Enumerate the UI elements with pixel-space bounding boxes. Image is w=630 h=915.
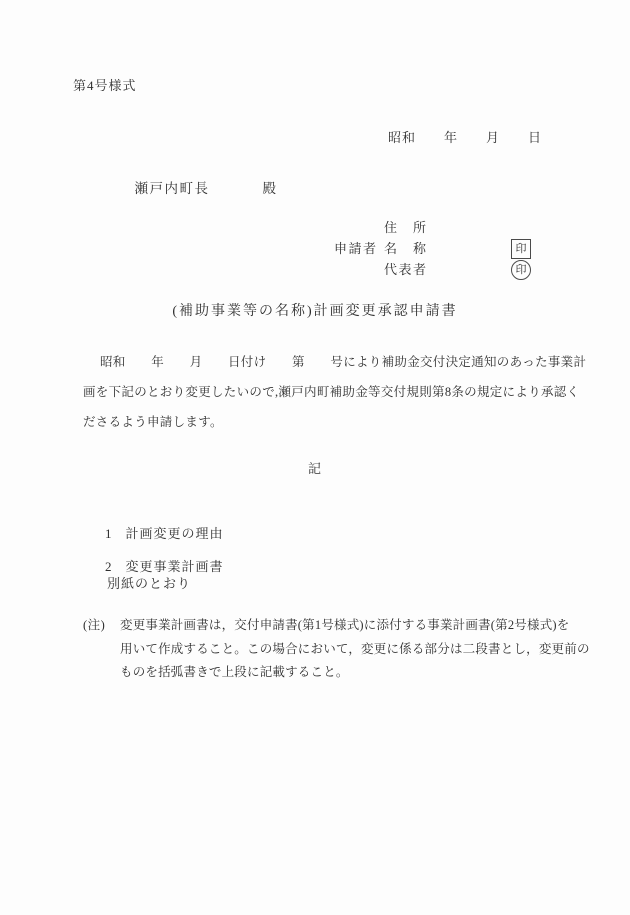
applicant-representative-label: 代表者: [384, 262, 428, 278]
note-line: ものを括弧書きで上段に記載すること。: [120, 665, 349, 680]
addressee-line: 瀬戸内町長殿: [115, 165, 278, 214]
item-text: 変更事業計画書: [126, 559, 224, 574]
note-line: 用いて作成すること。この場合において，変更に係る部分は二段書とし，変更前の: [120, 642, 590, 657]
item-text: 計画変更の理由: [126, 526, 224, 541]
form-number: 第4号様式: [73, 78, 137, 94]
applicant-name-label: 名 称: [384, 241, 428, 257]
body-line: ださるよう申請します。: [83, 415, 223, 430]
item-number: 2: [105, 559, 113, 574]
item-number: 1: [105, 526, 113, 541]
body-line: 昭和 年 月 日付け 第 号により補助金交付決定通知のあった事業計: [83, 355, 586, 370]
applicant-prefix-label: 申請者: [334, 241, 378, 257]
document-title: (補助事業等の名称)計画変更承認申請書: [0, 304, 630, 321]
body-line: 画を下記のとおり変更したいので,瀬戸内町補助金等交付規則第8条の規定により承認く: [83, 385, 579, 400]
addressee-name: 瀬戸内町長: [135, 181, 210, 196]
date-line: 昭和 年 月 日: [388, 130, 542, 146]
note-line: 変更事業計画書は，交付申請書(第1号様式)に添付する事業計画書(第2号様式)を: [120, 618, 569, 633]
section-marker-ki: 記: [0, 461, 630, 477]
note-label: (注): [83, 618, 105, 633]
attachment-note: 別紙のとおり: [107, 576, 191, 592]
application-form-page: 第4号様式 昭和 年 月 日 瀬戸内町長殿 住 所 申請者 名 称 代表者 印 …: [0, 0, 630, 915]
seal-mark-round-icon: 印: [511, 260, 531, 280]
addressee-honorific: 殿: [263, 181, 278, 196]
seal-mark-square-icon: 印: [511, 239, 531, 259]
applicant-address-label: 住 所: [384, 220, 428, 236]
